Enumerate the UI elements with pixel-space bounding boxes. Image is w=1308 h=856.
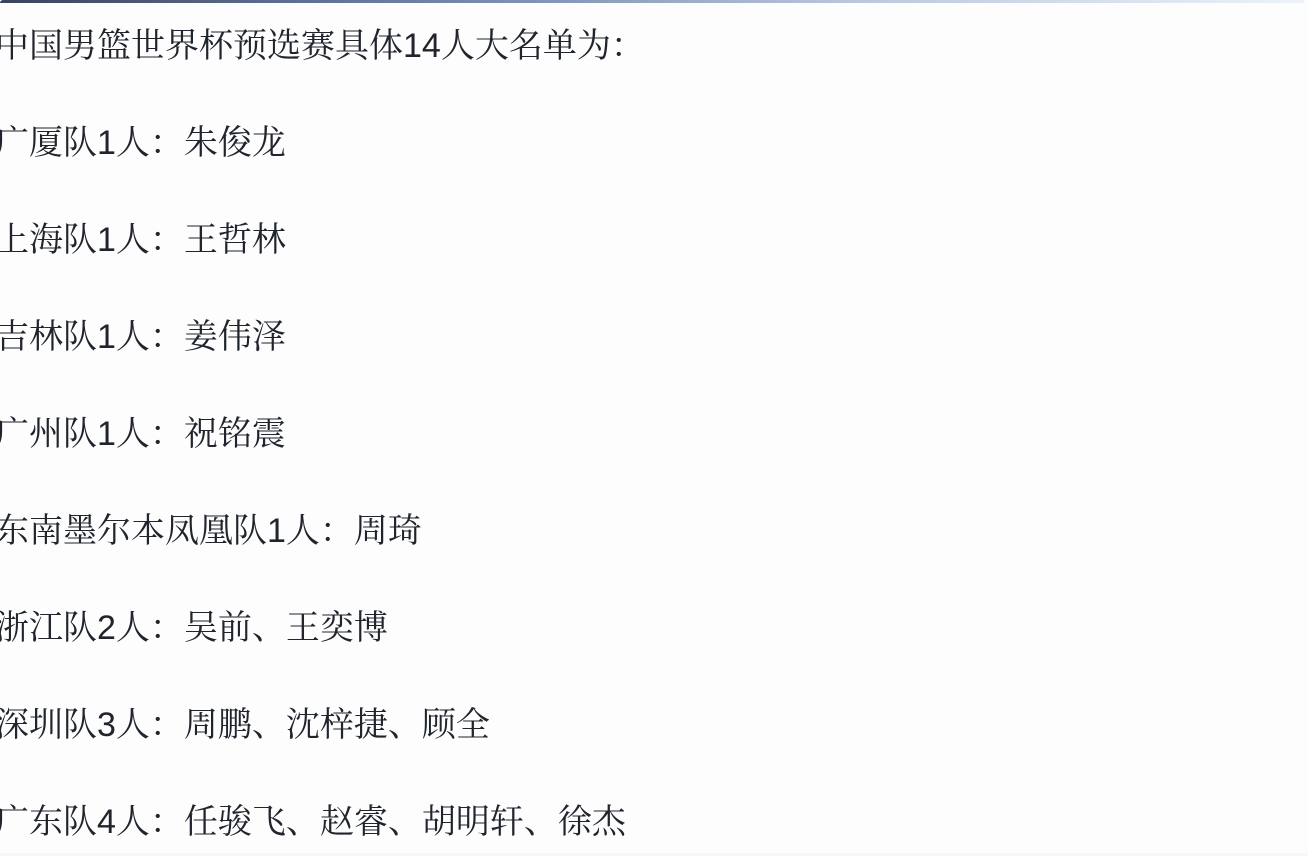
roster-line-phoenix: 东南墨尔本凤凰队1人：周琦 [0, 514, 645, 548]
roster-line-guangsha: 广厦队1人：朱俊龙 [0, 126, 645, 160]
document-page: 中国男篮世界杯预选赛具体14人大名单为： 广厦队1人：朱俊龙 上海队1人：王哲林… [0, 0, 1308, 856]
roster-line-zhejiang: 浙江队2人：吴前、王奕博 [0, 611, 645, 645]
roster-document: 中国男篮世界杯预选赛具体14人大名单为： 广厦队1人：朱俊龙 上海队1人：王哲林… [0, 29, 645, 839]
roster-heading: 中国男篮世界杯预选赛具体14人大名单为： [0, 29, 645, 63]
roster-line-jilin: 吉林队1人：姜伟泽 [0, 320, 645, 354]
right-edge [1304, 0, 1308, 856]
roster-line-shanghai: 上海队1人：王哲林 [0, 223, 645, 257]
top-border [0, 0, 1308, 3]
roster-line-guangzhou: 广州队1人：祝铭震 [0, 417, 645, 451]
roster-line-guangdong: 广东队4人：任骏飞、赵睿、胡明轩、徐杰 [0, 805, 645, 839]
roster-line-shenzhen: 深圳队3人：周鹏、沈梓捷、顾全 [0, 708, 645, 742]
